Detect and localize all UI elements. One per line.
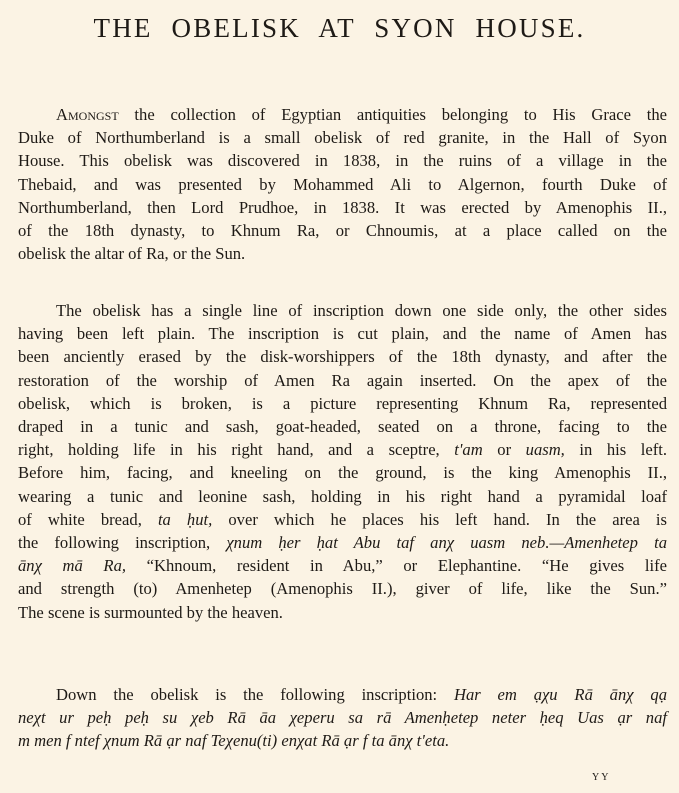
text-span: the following inscription, [18, 533, 226, 552]
text-line: of white bread, ta ḥut, over which he pl… [18, 508, 667, 531]
text-span: of white bread, [18, 510, 158, 529]
transliteration: ta ḥut, [158, 510, 212, 529]
signature-mark: YY [592, 772, 610, 783]
text-line: Northumberland, then Lord Prudhoe, in 18… [18, 196, 667, 219]
text-line: The obelisk has a single line of inscrip… [18, 299, 667, 322]
paragraph-3: Down the obelisk is the following inscri… [18, 683, 667, 753]
paragraph-1: Amongst the collection of Egyptian antiq… [18, 103, 667, 265]
text-line: the following inscription, χnum ḥer ḥat … [18, 531, 667, 554]
text-line: draped in a tunic and sash, goat-headed,… [18, 415, 667, 438]
text-line: having been left plain. The inscription … [18, 322, 667, 345]
text-line: ānχ mā Ra, “Khnoum, resident in Abu,” or… [18, 554, 667, 577]
text-span: the collection of Egyptian antiquities b… [119, 105, 667, 124]
text-line: Amongst the collection of Egyptian antiq… [18, 103, 667, 126]
text-line: obelisk, which is broken, is a picture r… [18, 392, 667, 415]
text-line: The scene is surmounted by the heaven. [18, 601, 667, 624]
text-line: Duke of Northumberland is a small obelis… [18, 126, 667, 149]
lead-small-caps: Amongst [56, 105, 119, 124]
text-line: Down the obelisk is the following inscri… [18, 683, 667, 706]
text-line: been anciently erased by the disk-worshi… [18, 345, 667, 368]
paragraph-2: The obelisk has a single line of inscrip… [18, 299, 667, 624]
transliteration: ānχ mā Ra, [18, 556, 126, 575]
transliteration: t'am [454, 440, 482, 459]
text-line: Before him, facing, and kneeling on the … [18, 461, 667, 484]
text-span: in his left. [565, 440, 667, 459]
text-span: “Khnoum, resident in Abu,” or Elephantin… [126, 556, 667, 575]
text-line: Thebaid, and was presented by Mohammed A… [18, 173, 667, 196]
text-span: or [483, 440, 526, 459]
text-line: and strength (to) Amenhetep (Amenophis I… [18, 577, 667, 600]
text-line: wearing a tunic and leonine sash, holdin… [18, 485, 667, 508]
transliteration: χnum ḥer ḥat Abu taf anχ uasm neb.—Amenh… [226, 533, 667, 552]
text-span: Down the obelisk is the following inscri… [56, 685, 454, 704]
transliteration-line: m men f ntef χnum Rā ạr naf Teχenu(ti) e… [18, 729, 667, 752]
text-span: over which he places his left hand. In t… [212, 510, 667, 529]
text-line: obelisk the altar of Ra, or the Sun. [18, 242, 667, 265]
text-line: right, holding life in his right hand, a… [18, 438, 667, 461]
transliteration: Har em ạχu Rā ānχ qạ [454, 685, 667, 704]
transliteration: uasm, [526, 440, 565, 459]
text-line: of the 18th dynasty, to Khnum Ra, or Chn… [18, 219, 667, 242]
text-line: House. This obelisk was discovered in 18… [18, 149, 667, 172]
text-span: right, holding life in his right hand, a… [18, 440, 454, 459]
page-title: THE OBELISK AT SYON HOUSE. [0, 13, 679, 44]
transliteration-line: neχt ur peḥ peḥ su χeb Rā āa χeperu sa r… [18, 706, 667, 729]
text-line: restoration of the worship of Amen Ra ag… [18, 369, 667, 392]
